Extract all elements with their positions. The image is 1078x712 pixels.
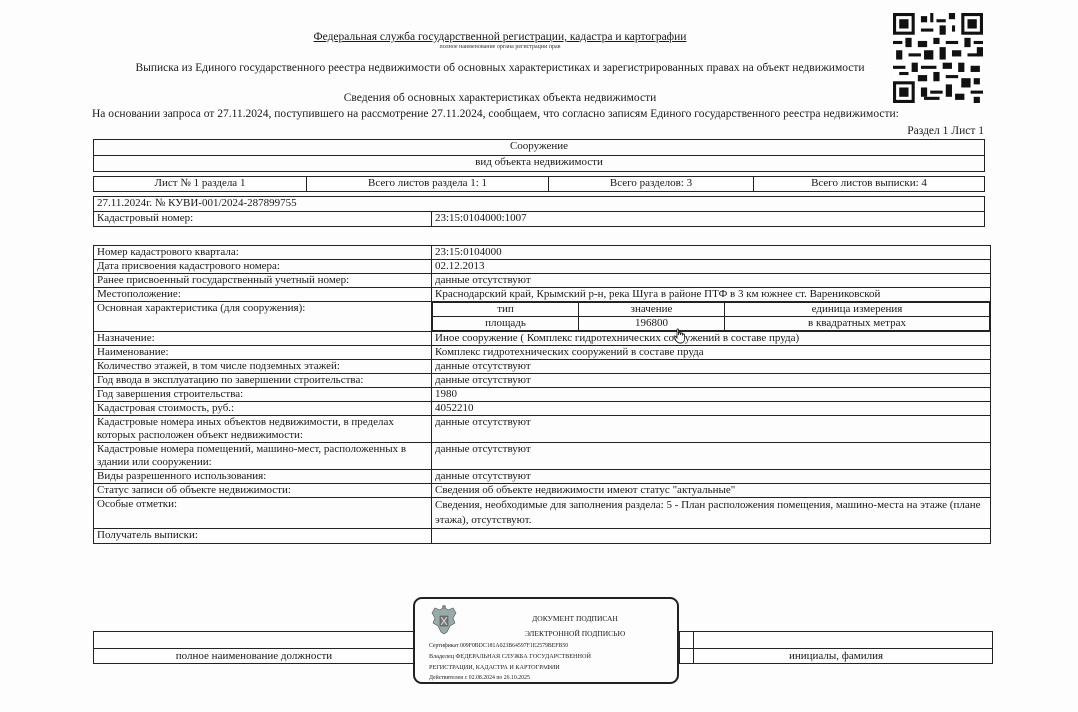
document-title: Выписка из Единого государственного реес…: [100, 62, 900, 74]
hand-cursor-icon: [673, 328, 687, 344]
row-value: данные отсутствуют: [432, 374, 991, 388]
record-number: 27.11.2024г. № КУВИ-001/2024-287899755: [94, 197, 985, 212]
electronic-signature-stamp: ДОКУМЕНТ ПОДПИСАН ЭЛЕКТРОННОЙ ПОДПИСЬЮ С…: [413, 597, 679, 684]
char-unit: в квадратных метрах: [725, 317, 990, 331]
table-row: Год ввода в эксплуатацию по завершении с…: [94, 374, 991, 388]
row-value: 4052210: [432, 402, 991, 416]
record-table: 27.11.2024г. № КУВИ-001/2024-287899755 К…: [93, 196, 985, 227]
row-label: Статус записи об объекте недвижимости:: [94, 484, 432, 498]
row-label: Кадастровая стоимость, руб.:: [94, 402, 432, 416]
table-row: Ранее присвоенный государственный учетны…: [94, 274, 991, 288]
document-subtitle: Сведения об основных характеристиках объ…: [300, 92, 700, 104]
sheet-info-table: Лист № 1 раздела 1 Всего листов раздела …: [93, 176, 985, 192]
table-row: Год завершения строительства:1980: [94, 388, 991, 402]
stamp-line1: ДОКУМЕНТ ПОДПИСАН: [485, 614, 665, 623]
row-label: Основная характеристика (для сооружения)…: [94, 302, 432, 332]
row-label: Виды разрешенного использования:: [94, 470, 432, 484]
table-row: Назначение:Иное сооружение ( Комплекс ги…: [94, 332, 991, 346]
char-value: 196800: [579, 317, 725, 331]
row-value: 1980: [432, 388, 991, 402]
name-field: инициалы, фамилия: [679, 631, 993, 664]
row-label: Ранее присвоенный государственный учетны…: [94, 274, 432, 288]
name-caption: инициалы, фамилия: [680, 650, 992, 662]
characteristics-table: Номер кадастрового квартала:23:15:010400…: [93, 245, 991, 544]
object-type-table: Сооружение вид объекта недвижимости: [93, 139, 985, 172]
table-row: Местоположение:Краснодарский край, Крымс…: [94, 288, 991, 302]
table-row: Количество этажей, в том числе подземных…: [94, 360, 991, 374]
request-text: На основании запроса от 27.11.2024, пост…: [92, 108, 992, 120]
cadastral-number-label: Кадастровый номер:: [94, 212, 432, 227]
stamp-owner: Владелец ФЕДЕРАЛЬНАЯ СЛУЖБА ГОСУДАРСТВЕН…: [429, 653, 591, 660]
row-value: Комплекс гидротехнических сооружений в с…: [432, 346, 991, 360]
table-row: Кадастровая стоимость, руб.:4052210: [94, 402, 991, 416]
table-row: Номер кадастрового квартала:23:15:010400…: [94, 246, 991, 260]
row-label: Назначение:: [94, 332, 432, 346]
organization-caption: полное наименование органа регистрации п…: [300, 44, 700, 50]
table-row: Особые отметки:Сведения, необходимые для…: [94, 498, 991, 529]
row-label: Получатель выписки:: [94, 529, 432, 544]
qr-code-icon: [893, 13, 983, 103]
row-label: Номер кадастрового квартала:: [94, 246, 432, 260]
stamp-owner-cont: РЕГИСТРАЦИИ, КАДАСТРА И КАРТОГРАФИИ: [429, 664, 560, 671]
stamp-validity: Действителен с 02.08.2024 по 26.10.2025: [429, 675, 530, 681]
table-row: Наименование:Комплекс гидротехнических с…: [94, 346, 991, 360]
stamp-line2: ЭЛЕКТРОННОЙ ПОДПИСЬЮ: [485, 629, 665, 638]
char-header-type: тип: [433, 303, 579, 317]
row-value: данные отсутствуют: [432, 416, 991, 443]
section-sheet: Раздел 1 Лист 1: [907, 125, 984, 137]
row-value: Сведения, необходимые для заполнения раз…: [432, 498, 991, 529]
table-row: Дата присвоения кадастрового номера:02.1…: [94, 260, 991, 274]
table-row: Статус записи об объекте недвижимости:Св…: [94, 484, 991, 498]
row-label: Дата присвоения кадастрового номера:: [94, 260, 432, 274]
row-label: Кадастровые номера иных объектов недвижи…: [94, 416, 432, 443]
char-type: площадь: [433, 317, 579, 331]
stamp-certificate: Сертификат 009F0BDC181A023B64597F1E2579B…: [429, 643, 568, 649]
position-caption: полное наименование должности: [94, 650, 414, 662]
char-header-value: значение: [579, 303, 725, 317]
sheets-in-section: Всего листов раздела 1: 1: [307, 177, 549, 192]
row-value: данные отсутствуют: [432, 360, 991, 374]
row-value: Сведения об объекте недвижимости имеют с…: [432, 484, 991, 498]
sheet-number: Лист № 1 раздела 1: [94, 177, 307, 192]
row-value: Краснодарский край, Крымский р-н, река Ш…: [432, 288, 991, 302]
char-header-unit: единица измерения: [725, 303, 990, 317]
row-label: Местоположение:: [94, 288, 432, 302]
object-type: Сооружение: [94, 140, 985, 156]
row-value: 02.12.2013: [432, 260, 991, 274]
row-value: [432, 529, 991, 544]
row-value: данные отсутствуют: [432, 274, 991, 288]
row-label: Год завершения строительства:: [94, 388, 432, 402]
table-row: Виды разрешенного использования:данные о…: [94, 470, 991, 484]
sections-total: Всего разделов: 3: [549, 177, 754, 192]
table-row: Кадастровые номера иных объектов недвижи…: [94, 416, 991, 443]
main-characteristic-table: тип значение единица измерения площадь 1…: [432, 302, 990, 331]
cadastral-number-value: 23:15:0104000:1007: [432, 212, 985, 227]
coat-of-arms-icon: [429, 604, 459, 636]
row-label: Кадастровые номера помещений, машино-мес…: [94, 443, 432, 470]
object-type-caption: вид объекта недвижимости: [94, 156, 985, 172]
organization-name: Федеральная служба государственной регис…: [200, 31, 800, 43]
row-label: Год ввода в эксплуатацию по завершении с…: [94, 374, 432, 388]
row-value: Иное сооружение ( Комплекс гидротехничес…: [432, 332, 991, 346]
table-row: Основная характеристика (для сооружения)…: [94, 302, 991, 332]
row-value: данные отсутствуют: [432, 443, 991, 470]
row-value: данные отсутствуют: [432, 470, 991, 484]
table-row: Получатель выписки:: [94, 529, 991, 544]
row-label: Наименование:: [94, 346, 432, 360]
sheets-total: Всего листов выписки: 4: [754, 177, 985, 192]
row-label: Особые отметки:: [94, 498, 432, 529]
position-field: полное наименование должности: [93, 631, 415, 664]
row-label: Количество этажей, в том числе подземных…: [94, 360, 432, 374]
table-row: Кадастровые номера помещений, машино-мес…: [94, 443, 991, 470]
row-value: 23:15:0104000: [432, 246, 991, 260]
